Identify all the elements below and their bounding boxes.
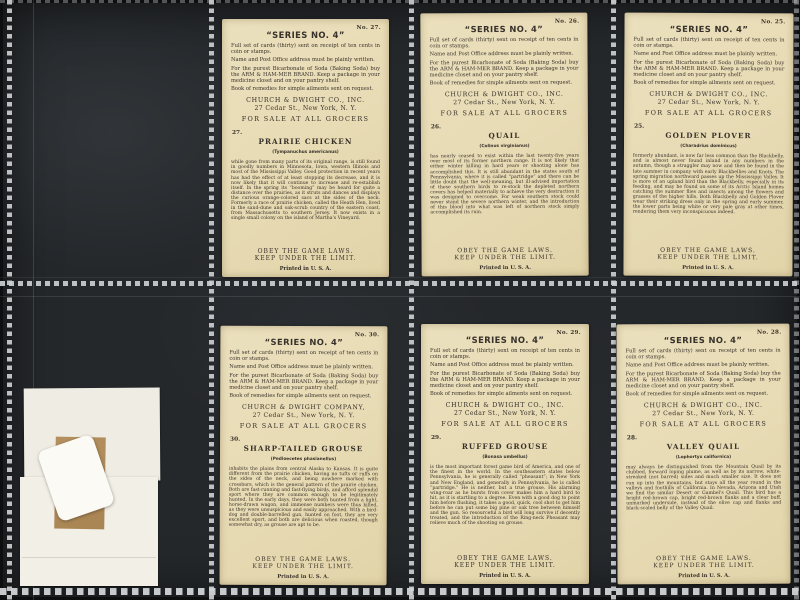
company-name: CHURCH & DWIGHT CO., INC.	[633, 91, 784, 99]
trading-card-no-28-valley-quail: No. 28. “SERIES NO. 4” Full set of cards…	[616, 324, 790, 585]
company-name: CHURCH & DWIGHT CO., INC.	[231, 97, 380, 104]
printed-line: Printed in U. S. A.	[430, 573, 580, 579]
stitch-seam-left	[7, 0, 12, 600]
card-number-label: No. 29.	[557, 330, 581, 336]
card-number-label: No. 30.	[355, 332, 380, 338]
series-title: “SERIES NO. 4”	[429, 24, 578, 35]
game-laws-line-1: OBEY THE GAME LAWS.	[430, 555, 580, 562]
offer-paragraph: For the purest Bicarbonate of Soda (Baki…	[626, 372, 781, 390]
bird-title-row: 26. QUAIL	[430, 122, 579, 142]
company-address: 27 Cedar St., New York, N. Y.	[231, 105, 380, 112]
bird-title-row: 25. GOLDEN PLOVER	[633, 122, 784, 142]
grocers-line: FOR SALE AT ALL GROCERS	[231, 115, 380, 123]
offer-paragraph: Book of remedies for simple ailments sen…	[231, 87, 380, 93]
offer-paragraph: Full set of cards (thirty) sent on recei…	[429, 38, 578, 51]
pocket-edge-line	[0, 296, 800, 297]
bird-number: 27.	[232, 130, 242, 136]
game-laws-line-2: KEEP UNDER THE LIMIT.	[626, 562, 781, 570]
bird-description: is the most important forest game bird o…	[430, 465, 580, 552]
offer-paragraph: Book of remedies for simple ailments sen…	[626, 392, 781, 399]
grocers-line: FOR SALE AT ALL GROCERS	[430, 109, 579, 118]
game-laws-lines: OBEY THE GAME LAWS. KEEP UNDER THE LIMIT…	[229, 556, 378, 571]
game-laws-line-2: KEEP UNDER THE LIMIT.	[231, 255, 380, 262]
offer-paragraph: Name and Post Office address must be pla…	[229, 365, 378, 371]
bird-description: may always be distinguished from the Mou…	[626, 465, 781, 553]
offer-paragraph: For the purest Bicarbonate of Soda (Baki…	[430, 372, 580, 390]
card-number-label: No. 27.	[357, 25, 381, 31]
card-number-label: No. 26.	[555, 19, 580, 25]
offer-paragraph: Name and Post Office address must be pla…	[430, 363, 580, 369]
paper-fold-line	[22, 557, 156, 558]
bird-number: 30.	[230, 436, 240, 442]
game-laws-lines: OBEY THE GAME LAWS. KEEP UNDER THE LIMIT…	[632, 247, 783, 262]
offer-paragraph: Name and Post Office address must be pla…	[633, 52, 784, 59]
stitch-seam-col3	[611, 0, 616, 600]
offer-paragraph: Book of remedies for simple ailments sen…	[430, 392, 580, 398]
offer-paragraph: Full set of cards (thirty) sent on recei…	[229, 351, 378, 363]
bird-name: SHARP-TAILED GROUSE	[244, 444, 364, 453]
bird-name: GOLDEN PLOVER	[665, 131, 751, 140]
grocers-line: FOR SALE AT ALL GROCERS	[430, 420, 580, 428]
bird-title-row: 29. RUFFED GROUSE	[430, 434, 580, 453]
offer-paragraph: For the purest Bicarbonate of Soda (Baki…	[430, 61, 579, 79]
printed-line: Printed in U. S. A.	[627, 573, 782, 580]
offer-paragraph: Name and Post Office address must be pla…	[430, 52, 579, 59]
offer-paragraph: Full set of cards (thirty) sent on recei…	[633, 38, 784, 50]
offer-paragraph: For the purest Bicarbonate of Soda (Baki…	[231, 67, 380, 85]
bird-name: QUAIL	[489, 131, 521, 140]
bird-number: 26.	[431, 124, 441, 130]
stitch-seam-top	[0, 0, 800, 3]
bird-name: RUFFED GROUSE	[462, 442, 548, 451]
bird-latin-name: (Charadrius dominicus)	[633, 144, 784, 150]
company-name: CHURCH & DWIGHT COMPANY,	[229, 404, 378, 412]
trading-card-no-29-ruffed-grouse: No. 29. “SERIES NO. 4” Full set of cards…	[421, 324, 589, 584]
company-name: CHURCH & DWIGHT CO., INC.	[626, 402, 781, 410]
printed-line: Printed in U. S. A.	[231, 266, 380, 272]
trading-card-no-25-golden-plover: No. 25. “SERIES NO. 4” Full set of cards…	[623, 13, 793, 277]
bird-description: formerly abundant, is now far less commo…	[633, 154, 784, 245]
album-page: No. 27. “SERIES NO. 4” Full set of cards…	[0, 0, 800, 600]
bird-name: VALLEY QUAIL	[667, 442, 740, 451]
printed-line: Printed in U. S. A.	[431, 265, 580, 272]
bird-latin-name: (Tympanuchus americanus)	[231, 150, 380, 155]
company-address: 27 Cedar St., New York, N. Y.	[430, 99, 579, 107]
series-title: “SERIES NO. 4”	[430, 335, 580, 345]
game-laws-lines: OBEY THE GAME LAWS. KEEP UNDER THE LIMIT…	[626, 555, 781, 570]
company-name: CHURCH & DWIGHT CO., INC.	[430, 402, 580, 409]
offer-paragraph: Name and Post Office address must be pla…	[626, 363, 781, 370]
offer-paragraph: Full set of cards (thirty) sent on recei…	[430, 349, 580, 361]
game-laws-lines: OBEY THE GAME LAWS. KEEP UNDER THE LIMIT…	[431, 247, 580, 262]
company-address: 27 Cedar St., New York, N. Y.	[229, 412, 378, 420]
bird-description: inhabits the plains from central Alaska …	[229, 467, 378, 553]
game-laws-line-1: OBEY THE GAME LAWS.	[231, 248, 380, 255]
bird-title-row: 28. VALLEY QUAIL	[626, 433, 781, 453]
bird-description: while gone from many parts of its origin…	[231, 160, 380, 245]
stitch-seam-right	[794, 0, 799, 600]
series-title: “SERIES NO. 4”	[231, 30, 380, 40]
bird-number: 29.	[431, 435, 441, 441]
offer-paragraph: Full set of cards (thirty) sent on recei…	[626, 349, 781, 361]
offer-paragraph: Book of remedies for simple ailments sen…	[229, 394, 378, 400]
offer-paragraph: Name and Post Office address must be pla…	[231, 58, 380, 64]
bird-latin-name: (Colinus virginianus)	[430, 144, 579, 150]
offer-paragraph: For the purest Bicarbonate of Soda (Baki…	[229, 374, 378, 392]
game-laws-line-2: KEEP UNDER THE LIMIT.	[431, 254, 580, 262]
bird-latin-name: (Lophortyx californica)	[626, 455, 781, 461]
stitch-seam-middle	[0, 281, 800, 286]
bird-number: 28.	[627, 435, 637, 441]
grocers-line: FOR SALE AT ALL GROCERS	[633, 109, 784, 118]
bird-latin-name: (Pedioecetes phasianellus)	[229, 457, 378, 463]
series-title: “SERIES NO. 4”	[229, 337, 378, 348]
stitch-seam-col2	[409, 0, 414, 600]
company-name: CHURCH & DWIGHT CO., INC.	[430, 91, 579, 99]
stitch-seam-bottom	[0, 588, 800, 595]
card-number-label: No. 28.	[757, 330, 782, 336]
offer-paragraph: Book of remedies for simple ailments sen…	[430, 81, 579, 88]
printed-line: Printed in U. S. A.	[229, 574, 378, 581]
bird-name: PRAIRIE CHICKEN	[258, 137, 352, 146]
bird-latin-name: (Bonasa umbellus)	[430, 455, 580, 460]
series-title: “SERIES NO. 4”	[633, 24, 784, 35]
grocers-line: FOR SALE AT ALL GROCERS	[626, 420, 781, 429]
company-address: 27 Cedar St., New York, N. Y.	[430, 410, 580, 417]
company-address: 27 Cedar St., New York, N. Y.	[633, 99, 784, 107]
bird-description: has nearly ceased to exist within the la…	[430, 154, 579, 245]
trading-card-no-30-sharp-tailed-grouse: No. 30. “SERIES NO. 4” Full set of cards…	[220, 326, 388, 586]
company-address: 27 Cedar St., New York, N. Y.	[626, 410, 781, 418]
offer-paragraph: Full set of cards (thirty) sent on recei…	[231, 44, 380, 56]
grocers-line: FOR SALE AT ALL GROCERS	[229, 422, 378, 431]
bird-number: 25.	[634, 123, 644, 129]
game-laws-line-2: KEEP UNDER THE LIMIT.	[632, 254, 783, 262]
game-laws-line-2: KEEP UNDER THE LIMIT.	[430, 562, 580, 569]
bird-title-row: 27. PRAIRIE CHICKEN	[231, 129, 380, 148]
trading-card-no-26-quail: No. 26. “SERIES NO. 4” Full set of cards…	[420, 13, 588, 277]
trading-card-no-27-prairie-chicken: No. 27. “SERIES NO. 4” Full set of cards…	[222, 19, 389, 277]
offer-paragraph: For the purest Bicarbonate of Soda (Baki…	[633, 61, 784, 79]
game-laws-line-2: KEEP UNDER THE LIMIT.	[229, 563, 378, 571]
game-laws-lines: OBEY THE GAME LAWS. KEEP UNDER THE LIMIT…	[231, 248, 380, 262]
bird-title-row: 30. SHARP-TAILED GROUSE	[229, 435, 378, 455]
series-title: “SERIES NO. 4”	[625, 335, 780, 346]
printed-line: Printed in U. S. A.	[632, 265, 783, 272]
stitch-seam-col1	[209, 0, 214, 600]
card-number-label: No. 25.	[761, 19, 786, 25]
pocket-edge-line	[0, 277, 800, 278]
game-laws-lines: OBEY THE GAME LAWS. KEEP UNDER THE LIMIT…	[430, 555, 580, 569]
offer-paragraph: Book of remedies for simple ailments sen…	[633, 81, 784, 88]
